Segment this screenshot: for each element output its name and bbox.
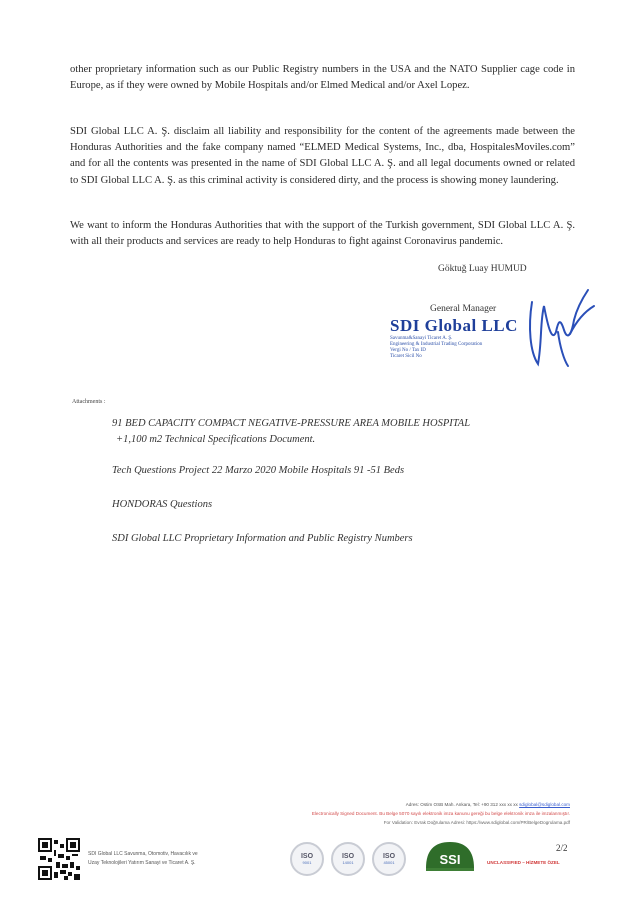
- company-stamp: SDI Global LLC Savunma&Sanayi Ticaret A.…: [390, 316, 520, 360]
- contact-email-link[interactable]: sdiglobal@sdiglobal.com: [519, 802, 570, 807]
- iso-badge-label: ISO: [333, 853, 363, 860]
- iso-badge-label: ISO: [292, 853, 322, 860]
- iso-badge-label: ISO: [374, 853, 404, 860]
- validation-line: For Validation: Evrak Doğrulama Adresi: …: [312, 818, 570, 827]
- iso-badge-standard: 45001: [374, 860, 404, 865]
- ssi-logo-icon: SSI: [424, 840, 476, 874]
- svg-text:SSI: SSI: [440, 852, 461, 867]
- iso-badge-standard: 14001: [333, 860, 363, 865]
- footer-notes: Adres: Ostim OSB Mah. Ankara, Tel: +90 3…: [312, 800, 570, 827]
- paragraph-support: We want to inform the Honduras Authoriti…: [70, 218, 575, 250]
- iso-certification-badge: ISO 9001: [290, 842, 324, 876]
- company-line: Uzay Teknolojileri Yatırım Sanayi ve Tic…: [88, 859, 198, 868]
- attachment-item: SDI Global LLC Proprietary Information a…: [112, 533, 413, 544]
- signatory-name: Göktuğ Luay HUMUD: [438, 264, 527, 274]
- company-address: SDI Global LLC Savunma, Otomotiv, Havacı…: [88, 850, 198, 868]
- handwritten-signature-icon: [518, 272, 598, 372]
- company-line: SDI Global LLC Savunma, Otomotiv, Havacı…: [88, 850, 198, 859]
- page-number: 2/2: [556, 843, 568, 853]
- attachments-label: Attachments :: [72, 399, 106, 405]
- iso-badge-standard: 9001: [292, 860, 322, 865]
- classification-label: UNCLASSIFIED – HİZMETE ÖZEL: [487, 860, 560, 865]
- contact-text: Adres: Ostim OSB Mah. Ankara, Tel: +90 3…: [406, 802, 518, 807]
- stamp-company-name: SDI Global LLC: [390, 316, 520, 336]
- signatory-title: General Manager: [430, 304, 496, 314]
- esign-line: Electronically Signed Document. Bu Belge…: [312, 809, 570, 818]
- signature-block: Göktuğ Luay HUMUD General Manager SDI Gl…: [380, 262, 600, 382]
- paragraph-registry: other proprietary information such as ou…: [70, 62, 575, 94]
- contact-line: Adres: Ostim OSB Mah. Ankara, Tel: +90 3…: [312, 800, 570, 809]
- stamp-line: Ticaret Sicil No: [390, 354, 520, 360]
- attachment-item: 91 BED CAPACITY COMPACT NEGATIVE-PRESSUR…: [112, 418, 470, 429]
- paragraph-disclaimer: SDI Global LLC A. Ş. disclaim all liabil…: [70, 124, 575, 189]
- qr-code-icon: [38, 838, 80, 880]
- attachment-item: Tech Questions Project 22 Marzo 2020 Mob…: [112, 465, 404, 476]
- attachment-item-continued: +1,100 m2 Technical Specifications Docum…: [116, 434, 315, 445]
- attachment-item: HONDORAS Questions: [112, 499, 212, 510]
- iso-certification-badge: ISO 14001: [331, 842, 365, 876]
- iso-certification-badge: ISO 45001: [372, 842, 406, 876]
